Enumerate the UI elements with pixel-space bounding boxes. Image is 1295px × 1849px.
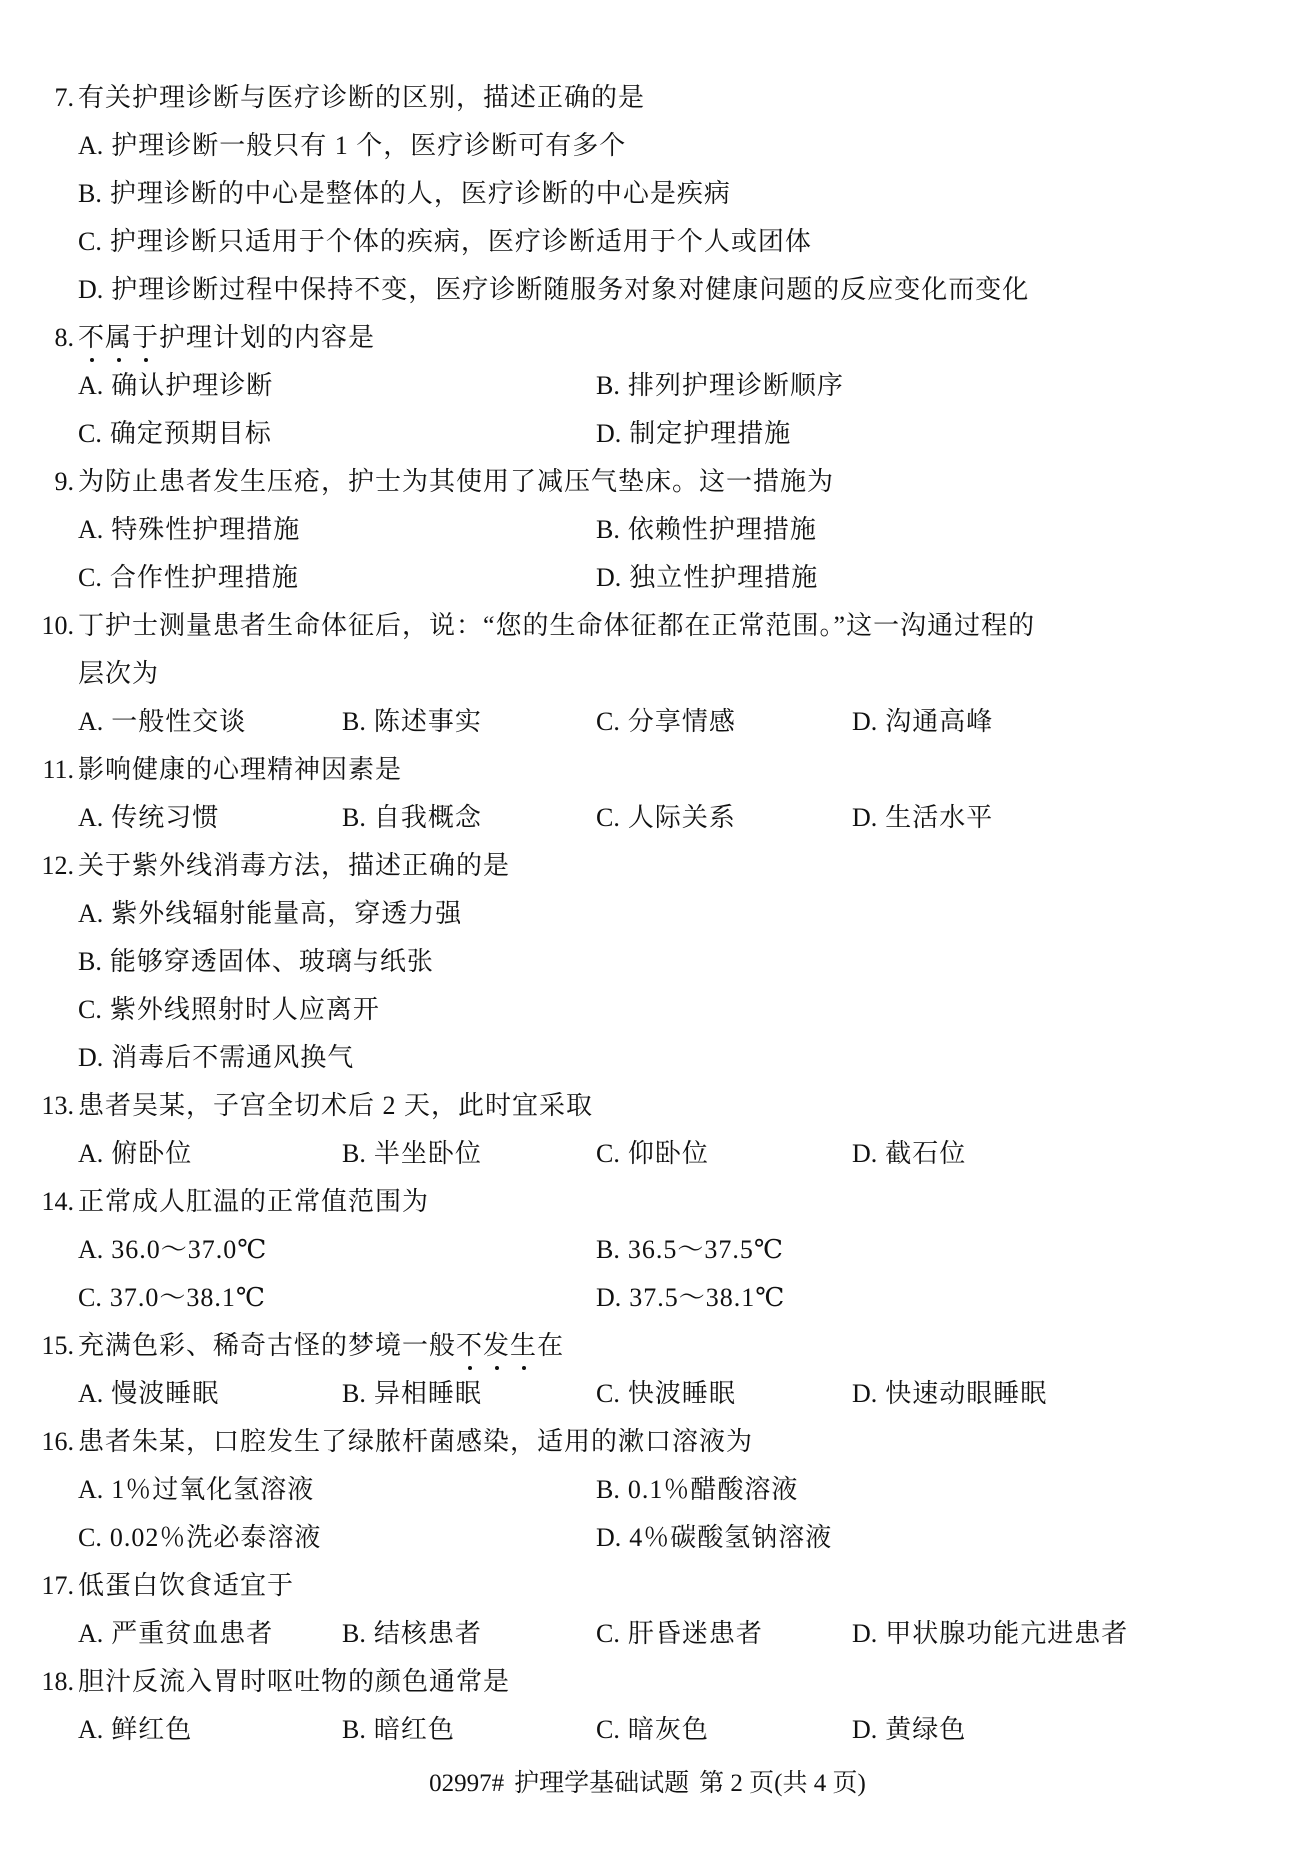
- option-c[interactable]: C.仰卧位: [596, 1130, 709, 1178]
- option-a[interactable]: A.1％过氧化氢溶液: [78, 1466, 314, 1514]
- option-c[interactable]: C.肝昏迷患者: [596, 1610, 763, 1658]
- question-number: 11.: [42, 746, 74, 794]
- option-text: 排列护理诊断顺序: [628, 371, 844, 400]
- option-text: 甲状腺功能亢进患者: [885, 1619, 1128, 1648]
- question-number: 17.: [42, 1562, 75, 1610]
- option-label: B.: [596, 515, 620, 544]
- option-text: 截石位: [885, 1139, 966, 1168]
- option-text: 消毒后不需通风换气: [111, 1043, 354, 1072]
- question-number: 10.: [42, 602, 75, 650]
- option-text: 4％碳酸氢钠溶液: [629, 1523, 832, 1552]
- option-b[interactable]: B.自我概念: [342, 794, 482, 842]
- option-d[interactable]: D.独立性护理措施: [596, 554, 818, 602]
- option-row: A.严重贫血患者 B.结核患者 C.肝昏迷患者 D.甲状腺功能亢进患者: [0, 1610, 1295, 1658]
- question-7: 7. 有关护理诊断与医疗诊断的区别，描述正确的是: [0, 74, 1295, 122]
- option-text: 严重贫血患者: [111, 1619, 273, 1648]
- option-text: 慢波睡眠: [111, 1379, 219, 1408]
- option-label: C.: [78, 1283, 102, 1312]
- option-label: A.: [78, 707, 103, 736]
- emphasized-text: 不属于: [78, 323, 159, 352]
- option-b[interactable]: B.能够穿透固体、玻璃与纸张: [78, 938, 434, 986]
- option-a[interactable]: A.严重贫血患者: [78, 1610, 273, 1658]
- option-row: D.消毒后不需通风换气: [0, 1034, 1295, 1082]
- option-d[interactable]: D.37.5～38.1℃: [596, 1274, 785, 1322]
- option-label: A.: [78, 1619, 103, 1648]
- option-a[interactable]: A.慢波睡眠: [78, 1370, 219, 1418]
- question-text: 有关护理诊断与医疗诊断的区别，描述正确的是: [78, 74, 645, 122]
- question-number: 16.: [42, 1418, 75, 1466]
- option-d[interactable]: D.制定护理措施: [596, 410, 791, 458]
- option-text: 36.5～37.5℃: [628, 1235, 784, 1264]
- option-text: 半坐卧位: [374, 1139, 482, 1168]
- question-number: 13.: [42, 1082, 75, 1130]
- option-label: C.: [596, 803, 620, 832]
- question-text: 关于紫外线消毒方法，描述正确的是: [78, 842, 510, 890]
- option-row: B.能够穿透固体、玻璃与纸张: [0, 938, 1295, 986]
- question-text: 影响健康的心理精神因素是: [78, 746, 402, 794]
- option-row: C.确定预期目标 D.制定护理措施: [0, 410, 1295, 458]
- option-label: A.: [78, 1379, 103, 1408]
- option-text: 肝昏迷患者: [628, 1619, 763, 1648]
- option-b[interactable]: B.暗红色: [342, 1706, 455, 1754]
- question-14: 14. 正常成人肛温的正常值范围为: [0, 1178, 1295, 1226]
- option-label: D.: [852, 803, 877, 832]
- option-text: 分享情感: [628, 707, 736, 736]
- option-label: D.: [596, 563, 621, 592]
- option-row: A.紫外线辐射能量高，穿透力强: [0, 890, 1295, 938]
- option-d[interactable]: D.沟通高峰: [852, 698, 993, 746]
- question-text: 胆汁反流入胃时呕吐物的颜色通常是: [78, 1658, 510, 1706]
- option-row: A.特殊性护理措施 B.依赖性护理措施: [0, 506, 1295, 554]
- option-text: 人际关系: [628, 803, 736, 832]
- text-segment: 充满色彩、稀奇古怪的梦境一般: [78, 1331, 456, 1360]
- option-label: C.: [596, 1379, 620, 1408]
- option-row: D.护理诊断过程中保持不变，医疗诊断随服务对象对健康问题的反应变化而变化: [0, 266, 1295, 314]
- emphasis-char: 生: [510, 1322, 537, 1370]
- option-label: B.: [342, 1379, 366, 1408]
- question-17: 17. 低蛋白饮食适宜于: [0, 1562, 1295, 1610]
- text-segment: 在: [537, 1331, 564, 1360]
- option-b[interactable]: B.陈述事实: [342, 698, 482, 746]
- question-10: 10. 丁护士测量患者生命体征后，说：“您的生命体征都在正常范围。”这一沟通过程…: [0, 602, 1295, 650]
- option-text: 自我概念: [374, 803, 482, 832]
- option-row: C.护理诊断只适用于个体的疾病，医疗诊断适用于个人或团体: [0, 218, 1295, 266]
- option-text: 37.5～38.1℃: [629, 1283, 785, 1312]
- option-c[interactable]: C.暗灰色: [596, 1706, 709, 1754]
- option-label: D.: [852, 1379, 877, 1408]
- option-c[interactable]: C.人际关系: [596, 794, 736, 842]
- option-label: A.: [78, 131, 103, 160]
- exam-code: 02997#: [429, 1770, 504, 1797]
- option-row: A.鲜红色 B.暗红色 C.暗灰色 D.黄绿色: [0, 1706, 1295, 1754]
- option-b[interactable]: B.半坐卧位: [342, 1130, 482, 1178]
- option-label: C.: [78, 563, 102, 592]
- question-15: 15. 充满色彩、稀奇古怪的梦境一般不发生在: [0, 1322, 1295, 1370]
- option-text: 护理诊断一般只有 1 个，医疗诊断可有多个: [111, 131, 626, 160]
- option-row: A.护理诊断一般只有 1 个，医疗诊断可有多个: [0, 122, 1295, 170]
- exam-page: 7. 有关护理诊断与医疗诊断的区别，描述正确的是 A.护理诊断一般只有 1 个，…: [0, 0, 1295, 1849]
- option-d[interactable]: D.截石位: [852, 1130, 966, 1178]
- option-d[interactable]: D.快速动眼睡眠: [852, 1370, 1047, 1418]
- option-text: 生活水平: [885, 803, 993, 832]
- option-c[interactable]: C.确定预期目标: [78, 410, 272, 458]
- option-b[interactable]: B.依赖性护理措施: [596, 506, 817, 554]
- option-label: B.: [596, 1475, 620, 1504]
- option-b[interactable]: B.结核患者: [342, 1610, 482, 1658]
- option-a[interactable]: A.一般性交谈: [78, 698, 246, 746]
- option-text: 黄绿色: [885, 1715, 966, 1744]
- option-text: 0.1％醋酸溶液: [628, 1475, 799, 1504]
- option-label: B.: [342, 1139, 366, 1168]
- question-number: 14.: [42, 1178, 75, 1226]
- option-b[interactable]: B.护理诊断的中心是整体的人，医疗诊断的中心是疾病: [78, 170, 731, 218]
- option-label: C.: [78, 227, 102, 256]
- option-label: B.: [342, 707, 366, 736]
- option-label: A.: [78, 899, 103, 928]
- option-label: D.: [596, 1283, 621, 1312]
- option-label: D.: [78, 1043, 103, 1072]
- option-text: 传统习惯: [111, 803, 219, 832]
- option-row: A.36.0～37.0℃ B.36.5～37.5℃: [0, 1226, 1295, 1274]
- page-number: 第 2 页(共 4 页): [699, 1770, 866, 1797]
- option-a[interactable]: A.俯卧位: [78, 1130, 192, 1178]
- option-label: A.: [78, 1475, 103, 1504]
- option-c[interactable]: C.37.0～38.1℃: [78, 1274, 266, 1322]
- option-label: A.: [78, 803, 103, 832]
- question-11: 11. 影响健康的心理精神因素是: [0, 746, 1295, 794]
- option-row: C.0.02％洗必泰溶液 D.4％碳酸氢钠溶液: [0, 1514, 1295, 1562]
- option-row: C.紫外线照射时人应离开: [0, 986, 1295, 1034]
- option-label: D.: [596, 1523, 621, 1552]
- question-text: 充满色彩、稀奇古怪的梦境一般不发生在: [78, 1322, 564, 1370]
- option-a[interactable]: A.鲜红色: [78, 1706, 192, 1754]
- option-a[interactable]: A.36.0～37.0℃: [78, 1226, 267, 1274]
- question-text: 患者朱某，口腔发生了绿脓杆菌感染，适用的漱口溶液为: [78, 1418, 753, 1466]
- option-text: 能够穿透固体、玻璃与纸张: [110, 947, 434, 976]
- question-number: 9.: [55, 458, 75, 506]
- option-label: B.: [78, 179, 102, 208]
- option-text: 合作性护理措施: [110, 563, 299, 592]
- option-c[interactable]: C.0.02％洗必泰溶液: [78, 1514, 321, 1562]
- option-text: 快速动眼睡眠: [885, 1379, 1047, 1408]
- option-text: 1％过氧化氢溶液: [111, 1475, 314, 1504]
- option-c[interactable]: C.合作性护理措施: [78, 554, 299, 602]
- option-label: B.: [78, 947, 102, 976]
- option-text: 0.02％洗必泰溶液: [110, 1523, 322, 1552]
- option-label: D.: [852, 707, 877, 736]
- option-label: C.: [596, 1139, 620, 1168]
- option-row: C.37.0～38.1℃ D.37.5～38.1℃: [0, 1274, 1295, 1322]
- option-label: A.: [78, 1139, 103, 1168]
- option-c[interactable]: C.快波睡眠: [596, 1370, 736, 1418]
- option-label: B.: [342, 1619, 366, 1648]
- option-a[interactable]: A.护理诊断一般只有 1 个，医疗诊断可有多个: [78, 122, 626, 170]
- option-a[interactable]: A.特殊性护理措施: [78, 506, 300, 554]
- option-b[interactable]: B.排列护理诊断顺序: [596, 362, 844, 410]
- question-12: 12. 关于紫外线消毒方法，描述正确的是: [0, 842, 1295, 890]
- question-text: 正常成人肛温的正常值范围为: [78, 1178, 429, 1226]
- option-text: 陈述事实: [374, 707, 482, 736]
- option-row: A.慢波睡眠 B.异相睡眠 C.快波睡眠 D.快速动眼睡眠: [0, 1370, 1295, 1418]
- option-a[interactable]: A.传统习惯: [78, 794, 219, 842]
- option-text: 护理诊断只适用于个体的疾病，医疗诊断适用于个人或团体: [110, 227, 812, 256]
- option-label: C.: [596, 1619, 620, 1648]
- question-text: 低蛋白饮食适宜于: [78, 1562, 294, 1610]
- option-text: 鲜红色: [111, 1715, 192, 1744]
- option-label: A.: [78, 1235, 103, 1264]
- option-label: C.: [596, 1715, 620, 1744]
- question-text: 不属于护理计划的内容是: [78, 314, 375, 362]
- exam-title: 护理学基础试题: [514, 1770, 689, 1797]
- option-label: D.: [596, 419, 621, 448]
- option-text: 37.0～38.1℃: [110, 1283, 266, 1312]
- option-text: 紫外线辐射能量高，穿透力强: [111, 899, 462, 928]
- question-10-continued: 层次为: [0, 650, 1295, 698]
- option-text: 确认护理诊断: [111, 371, 273, 400]
- question-16: 16. 患者朱某，口腔发生了绿脓杆菌感染，适用的漱口溶液为: [0, 1418, 1295, 1466]
- option-d[interactable]: D.生活水平: [852, 794, 993, 842]
- option-text: 异相睡眠: [374, 1379, 482, 1408]
- option-label: B.: [596, 371, 620, 400]
- option-text: 结核患者: [374, 1619, 482, 1648]
- option-label: D.: [852, 1619, 877, 1648]
- option-text: 护理诊断的中心是整体的人，医疗诊断的中心是疾病: [110, 179, 731, 208]
- option-row: B.护理诊断的中心是整体的人，医疗诊断的中心是疾病: [0, 170, 1295, 218]
- question-18: 18. 胆汁反流入胃时呕吐物的颜色通常是: [0, 1658, 1295, 1706]
- option-label: B.: [342, 1715, 366, 1744]
- option-text: 沟通高峰: [885, 707, 993, 736]
- option-text: 仰卧位: [628, 1139, 709, 1168]
- option-text: 一般性交谈: [111, 707, 246, 736]
- option-text: 暗灰色: [628, 1715, 709, 1744]
- option-label: C.: [78, 419, 102, 448]
- option-text: 紫外线照射时人应离开: [110, 995, 380, 1024]
- text-segment: 护理计划的内容是: [159, 323, 375, 352]
- option-label: B.: [342, 803, 366, 832]
- option-row: A.确认护理诊断 B.排列护理诊断顺序: [0, 362, 1295, 410]
- emphasis-char: 发: [483, 1322, 510, 1370]
- option-b[interactable]: B.异相睡眠: [342, 1370, 482, 1418]
- option-text: 特殊性护理措施: [111, 515, 300, 544]
- option-a[interactable]: A.紫外线辐射能量高，穿透力强: [78, 890, 462, 938]
- question-number: 8.: [55, 314, 75, 362]
- option-c[interactable]: C.分享情感: [596, 698, 736, 746]
- option-text: 依赖性护理措施: [628, 515, 817, 544]
- question-8: 8. 不属于护理计划的内容是: [0, 314, 1295, 362]
- option-c[interactable]: C.紫外线照射时人应离开: [78, 986, 380, 1034]
- emphasis-char: 属: [105, 314, 132, 362]
- option-d[interactable]: D.4％碳酸氢钠溶液: [596, 1514, 832, 1562]
- option-label: C.: [596, 707, 620, 736]
- option-text: 36.0～37.0℃: [111, 1235, 267, 1264]
- option-text: 快波睡眠: [628, 1379, 736, 1408]
- question-text: 为防止患者发生压疮，护士为其使用了减压气垫床。这一措施为: [78, 458, 834, 506]
- option-row: A.1％过氧化氢溶液 B.0.1％醋酸溶液: [0, 1466, 1295, 1514]
- option-text: 独立性护理措施: [629, 563, 818, 592]
- option-text: 俯卧位: [111, 1139, 192, 1168]
- option-text: 暗红色: [374, 1715, 455, 1744]
- option-row: A.传统习惯 B.自我概念 C.人际关系 D.生活水平: [0, 794, 1295, 842]
- option-text: 护理诊断过程中保持不变，医疗诊断随服务对象对健康问题的反应变化而变化: [111, 275, 1029, 304]
- emphasis-char: 不: [78, 314, 105, 362]
- question-13: 13. 患者吴某，子宫全切术后 2 天，此时宜采取: [0, 1082, 1295, 1130]
- option-b[interactable]: B.0.1％醋酸溶液: [596, 1466, 798, 1514]
- page-footer: 02997#护理学基础试题第 2 页(共 4 页): [0, 1762, 1295, 1806]
- option-row: C.合作性护理措施 D.独立性护理措施: [0, 554, 1295, 602]
- option-a[interactable]: A.确认护理诊断: [78, 362, 273, 410]
- option-d[interactable]: D.甲状腺功能亢进患者: [852, 1610, 1128, 1658]
- question-text: 患者吴某，子宫全切术后 2 天，此时宜采取: [78, 1082, 593, 1130]
- option-b[interactable]: B.36.5～37.5℃: [596, 1226, 784, 1274]
- question-number: 18.: [42, 1658, 75, 1706]
- option-text: 制定护理措施: [629, 419, 791, 448]
- option-text: 确定预期目标: [110, 419, 272, 448]
- question-text: 丁护士测量患者生命体征后，说：“您的生命体征都在正常范围。”这一沟通过程的: [78, 602, 1035, 650]
- question-number: 7.: [55, 74, 75, 122]
- option-label: D.: [852, 1715, 877, 1744]
- option-label: A.: [78, 1715, 103, 1744]
- option-d[interactable]: D.黄绿色: [852, 1706, 966, 1754]
- option-d[interactable]: D.护理诊断过程中保持不变，医疗诊断随服务对象对健康问题的反应变化而变化: [78, 266, 1029, 314]
- question-number: 15.: [42, 1322, 75, 1370]
- question-text-continued: 层次为: [78, 650, 159, 698]
- option-label: D.: [852, 1139, 877, 1168]
- question-number: 12.: [42, 842, 75, 890]
- option-row: A.一般性交谈 B.陈述事实 C.分享情感 D.沟通高峰: [0, 698, 1295, 746]
- emphasis-char: 于: [132, 314, 159, 362]
- option-label: A.: [78, 515, 103, 544]
- option-label: C.: [78, 1523, 102, 1552]
- emphasis-char: 不: [456, 1322, 483, 1370]
- option-label: A.: [78, 371, 103, 400]
- question-9: 9. 为防止患者发生压疮，护士为其使用了减压气垫床。这一措施为: [0, 458, 1295, 506]
- option-c[interactable]: C.护理诊断只适用于个体的疾病，医疗诊断适用于个人或团体: [78, 218, 812, 266]
- option-row: A.俯卧位 B.半坐卧位 C.仰卧位 D.截石位: [0, 1130, 1295, 1178]
- option-label: C.: [78, 995, 102, 1024]
- option-d[interactable]: D.消毒后不需通风换气: [78, 1034, 354, 1082]
- option-label: B.: [596, 1235, 620, 1264]
- option-label: D.: [78, 275, 103, 304]
- emphasized-text: 不发生: [456, 1331, 537, 1360]
